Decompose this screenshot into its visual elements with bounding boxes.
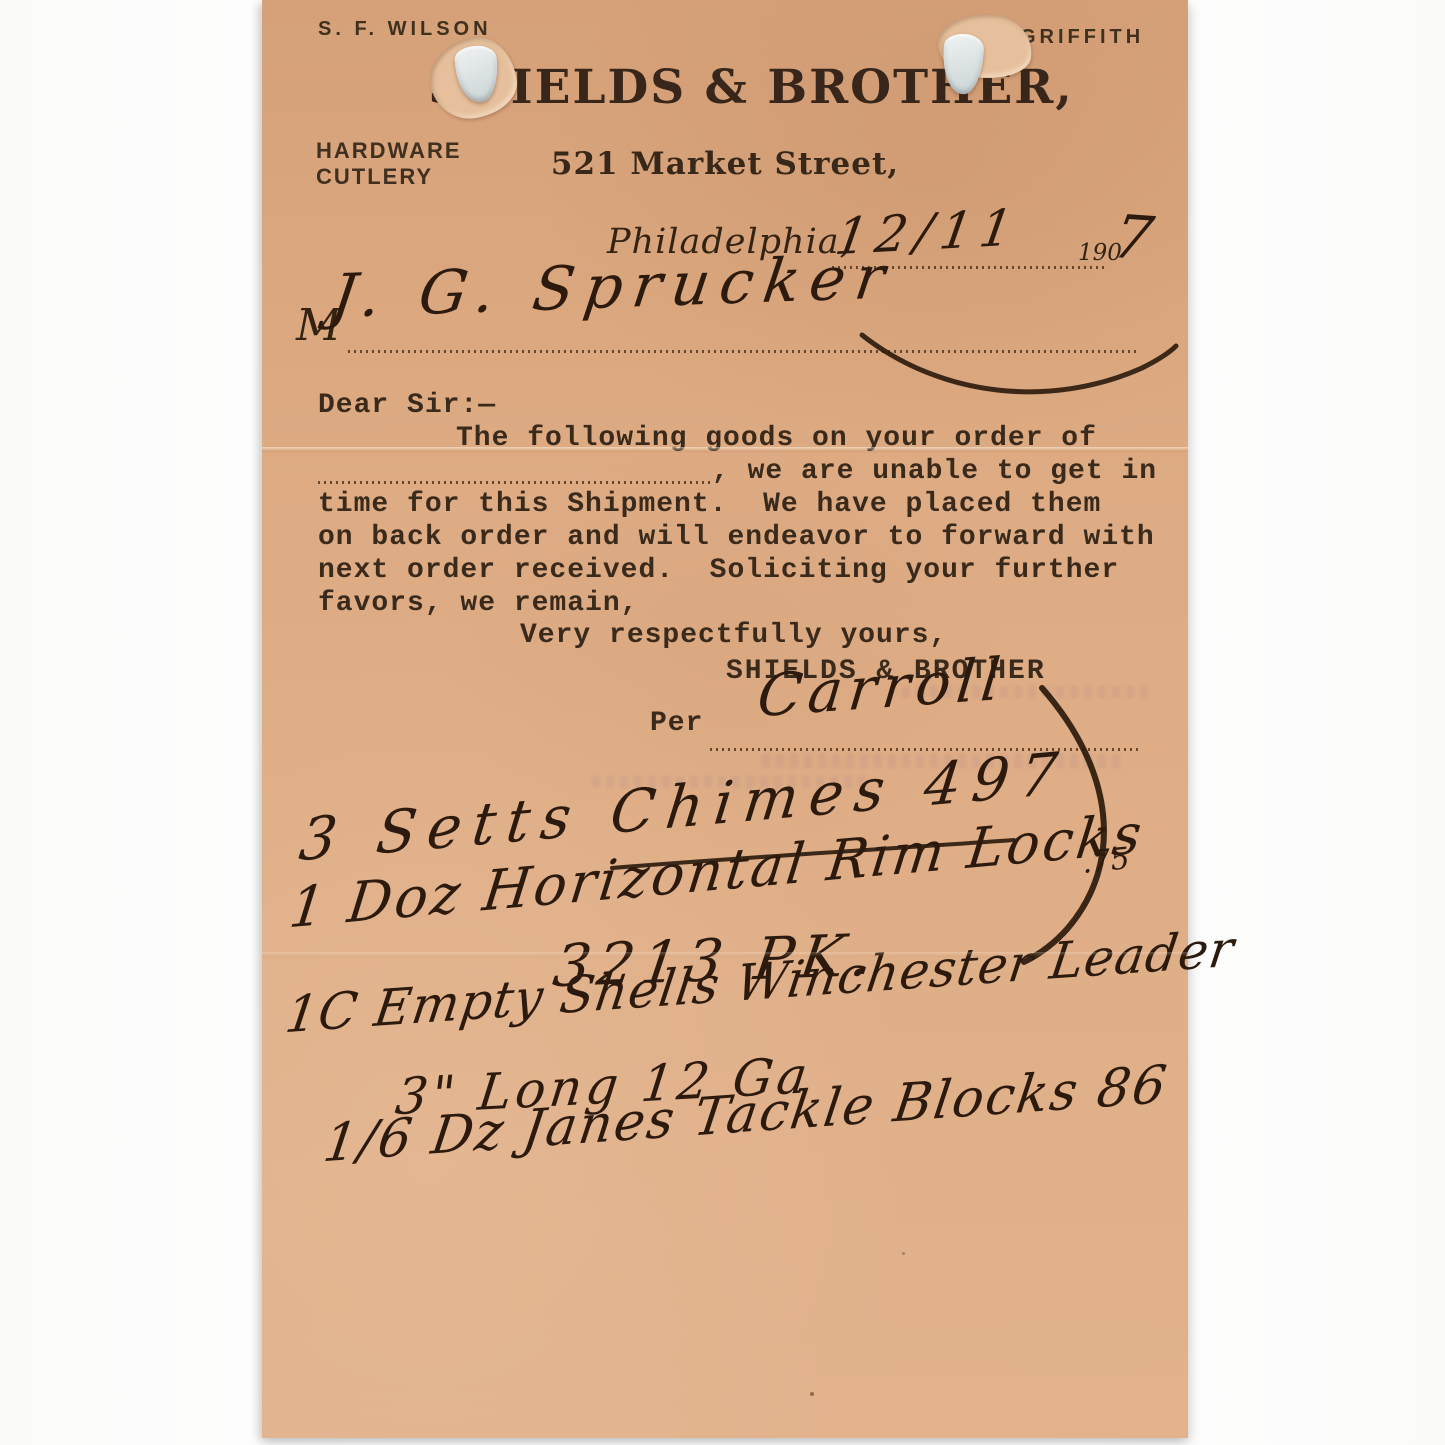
handwritten-year-digit: 7 bbox=[1108, 202, 1158, 274]
addressee-flourish-stroke bbox=[862, 335, 1176, 392]
fold-crease-upper bbox=[262, 447, 1188, 453]
handwritten-price-75: .75 bbox=[1080, 841, 1131, 881]
paper-speck bbox=[810, 1392, 814, 1396]
partner-name-right: GRIFFITH bbox=[1020, 26, 1144, 49]
company-name: SHIELDS & BROTHER, bbox=[262, 60, 1188, 115]
blank-order-dotted-line bbox=[318, 481, 710, 484]
body-line-3: time for this Shipment. We have placed t… bbox=[318, 489, 1101, 520]
fold-crease-lower bbox=[262, 952, 1188, 958]
partner-name-left: S. F. WILSON bbox=[318, 18, 492, 41]
salutation: Dear Sir:— bbox=[318, 390, 496, 421]
pen-flourish-strokes bbox=[262, 0, 1188, 1438]
closing-line: Very respectfully yours, bbox=[520, 620, 947, 651]
body-line-4: on back order and will endeavor to forwa… bbox=[318, 522, 1155, 553]
street-address: 521 Market Street, bbox=[262, 146, 1188, 182]
paper-speck bbox=[902, 1252, 905, 1255]
body-line-6: favors, we remain, bbox=[318, 588, 638, 619]
addressee-handwritten-name: J. G. Sprucker bbox=[327, 242, 899, 332]
letter-paper: S. F. WILSON GRIFFITH SHIELDS & BROTHER,… bbox=[262, 0, 1188, 1438]
body-line-5: next order received. Soliciting your fur… bbox=[318, 555, 1119, 586]
scan-background: S. F. WILSON GRIFFITH SHIELDS & BROTHER,… bbox=[0, 0, 1445, 1445]
body-line-2: , we are unable to get in bbox=[712, 456, 1157, 487]
addressee-dotted-line bbox=[348, 350, 1140, 353]
per-label: Per bbox=[650, 708, 703, 739]
